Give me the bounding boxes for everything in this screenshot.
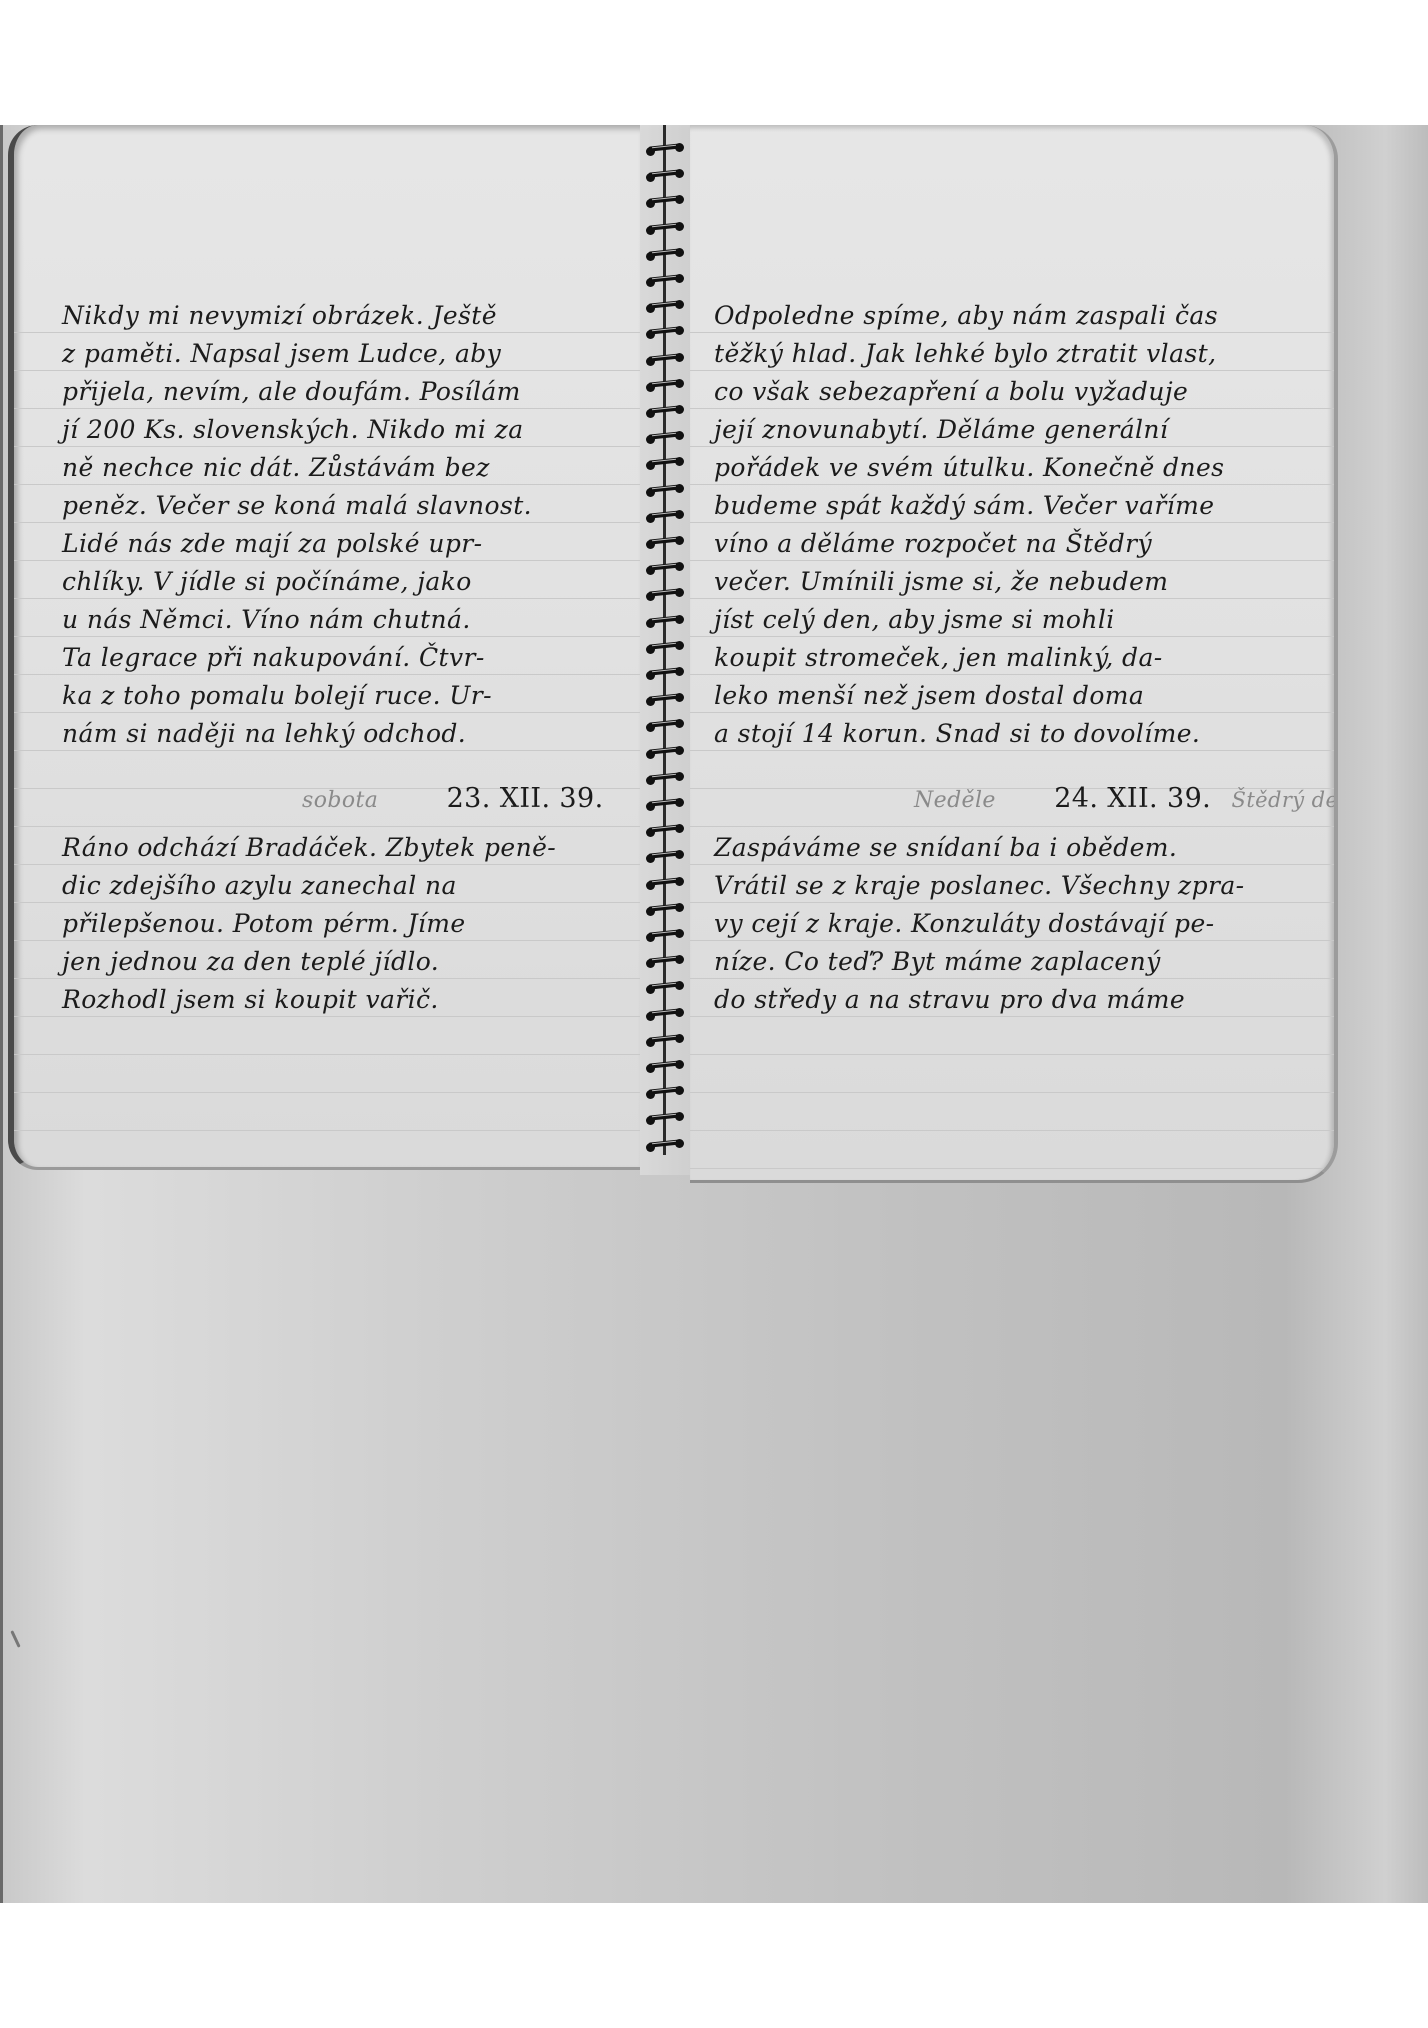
coil-end: [646, 671, 655, 680]
coil-end: [646, 330, 655, 339]
text-line: peněz. Večer se koná malá slavnost.: [62, 487, 622, 525]
spiral-coil: [648, 1086, 682, 1096]
spiral-coil: [648, 431, 682, 441]
spiral-coil: [648, 1008, 682, 1018]
spiral-coil: [648, 746, 682, 756]
spiral-coil: [648, 562, 682, 572]
spiral-coil: [648, 143, 682, 153]
coil-end: [646, 488, 655, 497]
coil-end: [646, 828, 655, 837]
coil-end: [675, 981, 684, 990]
coil-end: [646, 907, 655, 916]
text-line: níze. Co teď? Byt máme zaplacený: [714, 943, 1304, 981]
coil-end: [675, 536, 684, 545]
coil-end: [646, 566, 655, 575]
spiral-coil: [648, 405, 682, 415]
coil-end: [675, 667, 684, 676]
coil-end: [675, 1112, 684, 1121]
text-line: koupit stromeček, jen malinký, da-: [714, 639, 1304, 677]
coil-end: [675, 772, 684, 781]
coil-end: [646, 933, 655, 942]
spiral-coil: [648, 667, 682, 677]
entry-date: 23. XII. 39.: [447, 783, 604, 814]
text-line: Lidé nás zde mají za polské upr-: [62, 525, 622, 563]
coil-end: [675, 1086, 684, 1095]
coil-end: [646, 1038, 655, 1047]
text-line: její znovunabytí. Děláme generální: [714, 411, 1304, 449]
right-page: Odpoledne spíme, aby nám zaspali čas těž…: [690, 125, 1338, 1183]
spiral-coil: [648, 274, 682, 284]
text-line: jen jednou za den teplé jídlo.: [62, 943, 622, 981]
coil-end: [675, 353, 684, 362]
coil-end: [646, 776, 655, 785]
text-line: jí 200 Ks. slovenských. Nikdo mi za: [62, 411, 622, 449]
spiral-coil: [648, 693, 682, 703]
entry-pencil-note: Štědrý den: [1232, 788, 1338, 812]
text-line: chlíky. V jídle si počínáme, jako: [62, 563, 622, 601]
coil-end: [675, 431, 684, 440]
spiral-coil: [648, 1060, 682, 1070]
scan-scratch-mark: [10, 1630, 20, 1648]
coil-end: [646, 304, 655, 313]
text-line: dic zdejšího azylu zanechal na: [62, 867, 622, 905]
text-line: nám si naději na lehký odchod.: [62, 715, 622, 753]
coil-end: [646, 540, 655, 549]
spiral-coil: [648, 300, 682, 310]
coil-end: [646, 985, 655, 994]
coil-end: [675, 798, 684, 807]
coil-end: [675, 510, 684, 519]
spiral-coil: [648, 929, 682, 939]
coil-end: [675, 824, 684, 833]
text-line: Odpoledne spíme, aby nám zaspali čas: [714, 297, 1304, 335]
spiral-coil: [648, 588, 682, 598]
coil-end: [646, 252, 655, 261]
spiral-coil: [648, 457, 682, 467]
entry-header: Neděle 24. XII. 39. Štědrý den: [714, 753, 1304, 829]
coil-end: [646, 383, 655, 392]
spiral-coil: [648, 353, 682, 363]
entry-weekday: Neděle: [914, 788, 996, 813]
coil-end: [646, 1116, 655, 1125]
coil-end: [675, 1008, 684, 1017]
spiral-coil: [648, 1034, 682, 1044]
coil-end: [675, 1034, 684, 1043]
left-page-text: Nikdy mi nevymizí obrázek. Ještě z pamět…: [62, 297, 622, 1019]
coil-end: [675, 484, 684, 493]
spiral-coil: [648, 850, 682, 860]
coil-end: [675, 929, 684, 938]
coil-end: [675, 615, 684, 624]
text-line: budeme spát každý sám. Večer vaříme: [714, 487, 1304, 525]
text-line: u nás Němci. Víno nám chutná.: [62, 601, 622, 639]
text-line: přilepšenou. Potom pérm. Jíme: [62, 905, 622, 943]
coil-end: [646, 173, 655, 182]
text-line: víno a děláme rozpočet na Štědrý: [714, 525, 1304, 563]
spiral-coil: [648, 877, 682, 887]
spiral-coil: [648, 1112, 682, 1122]
coil-end: [675, 457, 684, 466]
spiral-coil: [648, 798, 682, 808]
text-line: jíst celý den, aby jsme si mohli: [714, 601, 1304, 639]
text-line: Rozhodl jsem si koupit vařič.: [62, 981, 622, 1019]
coil-end: [675, 326, 684, 335]
coil-end: [675, 903, 684, 912]
coil-end: [675, 300, 684, 309]
spiral-coil: [648, 195, 682, 205]
coil-end: [675, 746, 684, 755]
spiral-coil: [648, 536, 682, 546]
coil-end: [646, 1064, 655, 1073]
coil-end: [646, 592, 655, 601]
coil-end: [646, 199, 655, 208]
text-line: večer. Umínili jsme si, že nebudem: [714, 563, 1304, 601]
coil-end: [646, 357, 655, 366]
text-line: vy cejí z kraje. Konzuláty dostávají pe-: [714, 905, 1304, 943]
spiral-coil: [648, 981, 682, 991]
coil-end: [646, 1090, 655, 1099]
coil-end: [646, 278, 655, 287]
text-line: Nikdy mi nevymizí obrázek. Ještě: [62, 297, 622, 335]
spiral-coil: [648, 326, 682, 336]
coil-end: [675, 274, 684, 283]
spiral-coil: [648, 641, 682, 651]
coil-end: [646, 1012, 655, 1021]
coil-end: [675, 379, 684, 388]
coil-end: [675, 562, 684, 571]
entry-header: sobota 23. XII. 39.: [62, 753, 622, 829]
coil-end: [646, 802, 655, 811]
spiral-coil: [648, 484, 682, 494]
coil-end: [675, 248, 684, 257]
text-line: a stojí 14 korun. Snad si to dovolíme.: [714, 715, 1304, 753]
text-line: těžký hlad. Jak lehké bylo ztratit vlast…: [714, 335, 1304, 373]
coil-end: [646, 854, 655, 863]
text-line: Ta legrace při nakupování. Čtvr-: [62, 639, 622, 677]
text-line: z paměti. Napsal jsem Ludce, aby: [62, 335, 622, 373]
coil-end: [675, 955, 684, 964]
coil-end: [675, 693, 684, 702]
entry-date: 24. XII. 39.: [1054, 783, 1211, 814]
coil-end: [646, 723, 655, 732]
left-page: Nikdy mi nevymizí obrázek. Ještě z pamět…: [8, 125, 640, 1170]
coil-end: [675, 588, 684, 597]
coil-end: [675, 222, 684, 231]
coil-end: [646, 645, 655, 654]
coil-end: [646, 147, 655, 156]
coil-end: [675, 1060, 684, 1069]
spiral-coil: [648, 169, 682, 179]
coil-end: [646, 959, 655, 968]
text-line: přijela, nevím, ale doufám. Posílám: [62, 373, 622, 411]
right-page-text: Odpoledne spíme, aby nám zaspali čas těž…: [714, 297, 1304, 1019]
spiral-coil: [648, 510, 682, 520]
spiral-coil: [648, 615, 682, 625]
coil-end: [675, 405, 684, 414]
spiral-coil: [648, 719, 682, 729]
spiral-coil: [648, 955, 682, 965]
coil-end: [675, 195, 684, 204]
text-line: co však sebezapření a bolu vyžaduje: [714, 373, 1304, 411]
coil-end: [646, 1143, 655, 1152]
coil-end: [675, 850, 684, 859]
spiral-binding: [640, 125, 690, 1175]
coil-end: [646, 435, 655, 444]
spiral-coil: [648, 1139, 682, 1149]
text-line: ka z toho pomalu bolejí ruce. Ur-: [62, 677, 622, 715]
coil-end: [646, 514, 655, 523]
coil-end: [646, 697, 655, 706]
coil-end: [675, 169, 684, 178]
spiral-coil: [648, 248, 682, 258]
entry-weekday: sobota: [302, 788, 378, 813]
text-line: Vrátil se z kraje poslanec. Všechny zpra…: [714, 867, 1304, 905]
text-line: leko menší než jsem dostal doma: [714, 677, 1304, 715]
text-line: pořádek ve svém útulku. Konečně dnes: [714, 449, 1304, 487]
coil-end: [646, 226, 655, 235]
text-line: ně nechce nic dát. Zůstávám bez: [62, 449, 622, 487]
coil-end: [646, 881, 655, 890]
coil-end: [675, 877, 684, 886]
coil-end: [646, 750, 655, 759]
spiral-coil: [648, 824, 682, 834]
notebook-spread: Nikdy mi nevymizí obrázek. Ještě z pamět…: [8, 125, 1338, 1175]
coil-end: [675, 641, 684, 650]
coil-end: [675, 143, 684, 152]
spiral-coil: [648, 903, 682, 913]
coil-end: [646, 619, 655, 628]
spiral-coil: [648, 379, 682, 389]
spiral-coil: [648, 772, 682, 782]
spiral-coil: [648, 222, 682, 232]
coil-end: [646, 409, 655, 418]
coil-end: [646, 461, 655, 470]
coil-end: [675, 1139, 684, 1148]
coil-end: [675, 719, 684, 728]
text-line: do středy a na stravu pro dva máme: [714, 981, 1304, 1019]
text-line: Ráno odchází Bradáček. Zbytek peně-: [62, 829, 622, 867]
